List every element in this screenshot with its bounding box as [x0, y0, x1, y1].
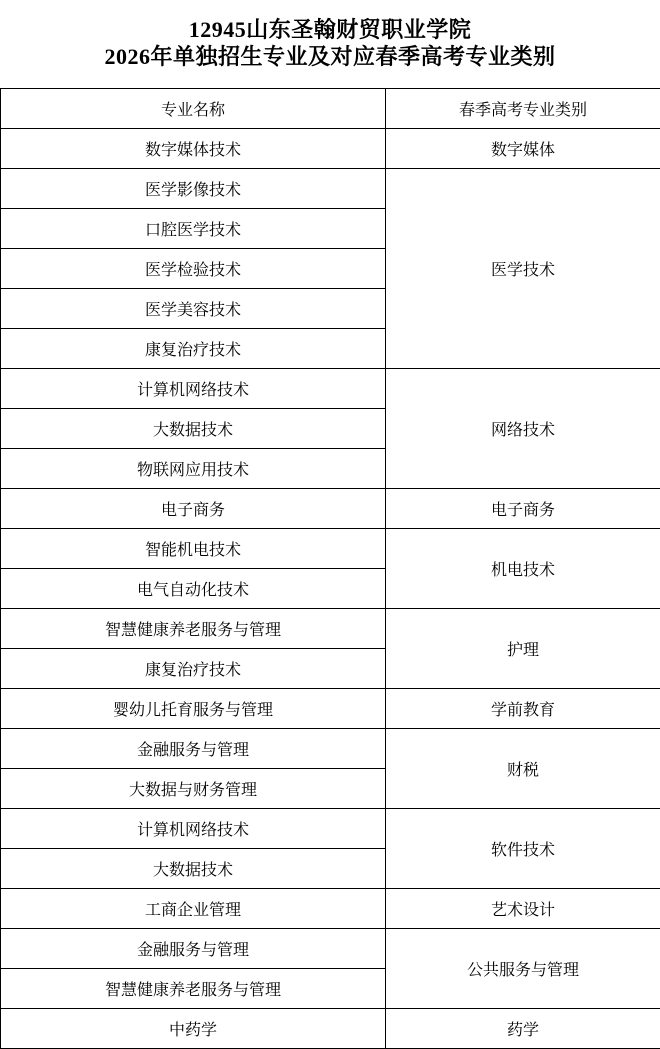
- table-row: 计算机网络技术软件技术: [1, 809, 660, 849]
- exam-category-cell: 医学技术: [386, 169, 660, 369]
- table-row: 智慧健康养老服务与管理护理: [1, 609, 660, 649]
- exam-category-cell: 财税: [386, 729, 660, 809]
- page-title: 12945山东圣翰财贸职业学院 2026年单独招生专业及对应春季高考专业类别: [0, 0, 660, 70]
- major-name-cell: 计算机网络技术: [1, 369, 386, 409]
- major-name-cell: 康复治疗技术: [1, 649, 386, 689]
- major-name-cell: 金融服务与管理: [1, 929, 386, 969]
- major-name-cell: 计算机网络技术: [1, 809, 386, 849]
- table-row: 计算机网络技术网络技术: [1, 369, 660, 409]
- title-line-1: 12945山东圣翰财贸职业学院: [0, 16, 660, 43]
- major-name-cell: 智慧健康养老服务与管理: [1, 609, 386, 649]
- table-row: 金融服务与管理公共服务与管理: [1, 929, 660, 969]
- major-name-cell: 医学影像技术: [1, 169, 386, 209]
- table-row: 智能机电技术机电技术: [1, 529, 660, 569]
- major-name-cell: 医学检验技术: [1, 249, 386, 289]
- table-row: 数字媒体技术数字媒体: [1, 129, 660, 169]
- table-row: 工商企业管理艺术设计: [1, 889, 660, 929]
- majors-table: 专业名称 春季高考专业类别 数字媒体技术数字媒体医学影像技术医学技术口腔医学技术…: [0, 88, 660, 1049]
- major-name-cell: 中药学: [1, 1009, 386, 1049]
- table-row: 中药学药学: [1, 1009, 660, 1049]
- exam-category-cell: 电子商务: [386, 489, 660, 529]
- major-name-cell: 数字媒体技术: [1, 129, 386, 169]
- table-row: 电子商务电子商务: [1, 489, 660, 529]
- table-row: 金融服务与管理财税: [1, 729, 660, 769]
- major-name-cell: 口腔医学技术: [1, 209, 386, 249]
- major-name-cell: 婴幼儿托育服务与管理: [1, 689, 386, 729]
- exam-category-cell: 网络技术: [386, 369, 660, 489]
- exam-category-cell: 药学: [386, 1009, 660, 1049]
- major-name-cell: 智能机电技术: [1, 529, 386, 569]
- exam-category-cell: 软件技术: [386, 809, 660, 889]
- title-line-2: 2026年单独招生专业及对应春季高考专业类别: [0, 43, 660, 70]
- major-name-cell: 电气自动化技术: [1, 569, 386, 609]
- major-name-cell: 智慧健康养老服务与管理: [1, 969, 386, 1009]
- major-name-cell: 康复治疗技术: [1, 329, 386, 369]
- major-name-cell: 工商企业管理: [1, 889, 386, 929]
- header-exam-category: 春季高考专业类别: [386, 89, 660, 129]
- major-name-cell: 大数据技术: [1, 849, 386, 889]
- major-name-cell: 大数据与财务管理: [1, 769, 386, 809]
- exam-category-cell: 艺术设计: [386, 889, 660, 929]
- table-body: 数字媒体技术数字媒体医学影像技术医学技术口腔医学技术医学检验技术医学美容技术康复…: [1, 129, 660, 1049]
- table-header-row: 专业名称 春季高考专业类别: [1, 89, 660, 129]
- header-major-name: 专业名称: [1, 89, 386, 129]
- exam-category-cell: 公共服务与管理: [386, 929, 660, 1009]
- exam-category-cell: 学前教育: [386, 689, 660, 729]
- exam-category-cell: 机电技术: [386, 529, 660, 609]
- table-row: 医学影像技术医学技术: [1, 169, 660, 209]
- major-name-cell: 大数据技术: [1, 409, 386, 449]
- exam-category-cell: 护理: [386, 609, 660, 689]
- table-row: 婴幼儿托育服务与管理学前教育: [1, 689, 660, 729]
- major-name-cell: 电子商务: [1, 489, 386, 529]
- major-name-cell: 物联网应用技术: [1, 449, 386, 489]
- major-name-cell: 金融服务与管理: [1, 729, 386, 769]
- exam-category-cell: 数字媒体: [386, 129, 660, 169]
- major-name-cell: 医学美容技术: [1, 289, 386, 329]
